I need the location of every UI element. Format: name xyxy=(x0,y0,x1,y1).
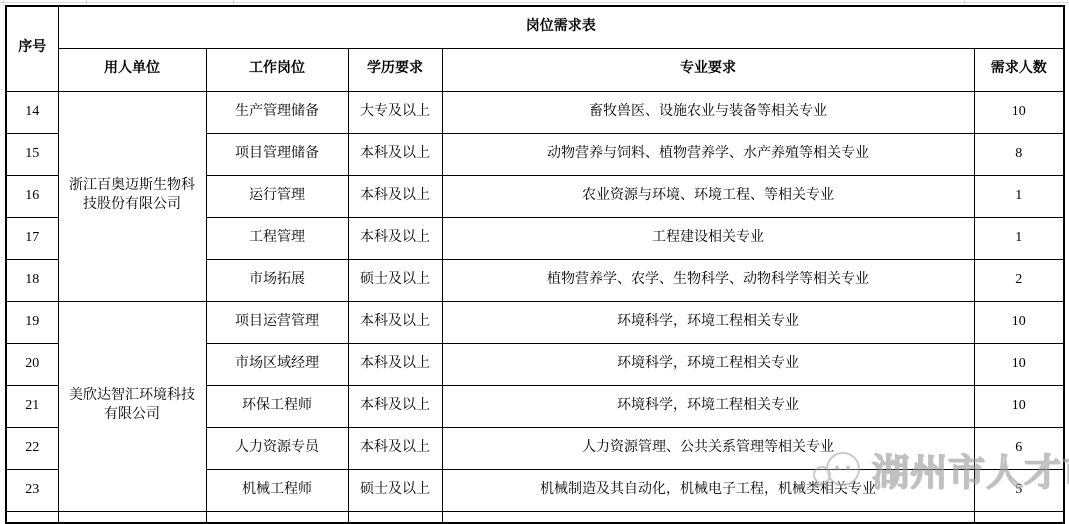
cell-position: 市场拓展 xyxy=(206,259,348,301)
table-row: 14 浙江百奥迈斯生物科技股份有限公司 生产管理储备 大专及以上 畜牧兽医、设施… xyxy=(6,91,1064,133)
cell-headcount: 5 xyxy=(974,469,1064,511)
cell-no: 20 xyxy=(6,343,58,385)
cell-education: 硕士及以上 xyxy=(348,259,442,301)
cell-education: 本科及以上 xyxy=(348,343,442,385)
cell-major: 植物营养学、农学、生物科学、动物科学等相关专业 xyxy=(442,259,974,301)
cell-no: 23 xyxy=(6,469,58,511)
cell-education: 本科及以上 xyxy=(348,133,442,175)
cell-education: 本科及以上 xyxy=(348,427,442,469)
cell-no: 19 xyxy=(6,301,58,343)
col-header-headcount: 需求人数 xyxy=(974,48,1064,91)
table-row-partial xyxy=(6,511,1064,518)
cell-position: 项目管理储备 xyxy=(206,133,348,175)
cell-headcount: 8 xyxy=(974,133,1064,175)
cell-major: 人力资源管理、公共关系管理等相关专业 xyxy=(442,427,974,469)
cell-headcount: 10 xyxy=(974,385,1064,427)
cell-no: 18 xyxy=(6,259,58,301)
cell-headcount: 1 xyxy=(974,217,1064,259)
cell-no: 14 xyxy=(6,91,58,133)
cell-education: 本科及以上 xyxy=(348,217,442,259)
cell-no: 21 xyxy=(6,385,58,427)
cell-position: 运行管理 xyxy=(206,175,348,217)
cell-headcount: 6 xyxy=(974,427,1064,469)
cell-major: 环境科学，环境工程相关专业 xyxy=(442,385,974,427)
cell-major: 机械制造及其自动化，机械电子工程，机械类相关专业 xyxy=(442,469,974,511)
job-requirements-table: 序号 岗位需求表 用人单位 工作岗位 学历要求 专业要求 需求人数 14 浙江百… xyxy=(5,5,1065,518)
cell-major: 工程建设相关专业 xyxy=(442,217,974,259)
table-title: 岗位需求表 xyxy=(58,6,1064,48)
cell-position: 市场区域经理 xyxy=(206,343,348,385)
col-header-major: 专业要求 xyxy=(442,48,974,91)
cell-position: 人力资源专员 xyxy=(206,427,348,469)
cell-headcount: 10 xyxy=(974,91,1064,133)
spreadsheet-gridline xyxy=(0,2,1069,3)
cell-no: 22 xyxy=(6,427,58,469)
cell-major: 农业资源与环境、环境工程、等相关专业 xyxy=(442,175,974,217)
cell-education: 本科及以上 xyxy=(348,385,442,427)
cell-position: 工程管理 xyxy=(206,217,348,259)
cell-headcount: 2 xyxy=(974,259,1064,301)
cell-position: 机械工程师 xyxy=(206,469,348,511)
spreadsheet-gridline xyxy=(3,0,4,5)
cell-major: 环境科学，环境工程相关专业 xyxy=(442,343,974,385)
cell-education: 大专及以上 xyxy=(348,91,442,133)
cell-position: 生产管理储备 xyxy=(206,91,348,133)
cell-headcount: 1 xyxy=(974,175,1064,217)
cell-position: 项目运营管理 xyxy=(206,301,348,343)
cell-no: 16 xyxy=(6,175,58,217)
cell-major: 畜牧兽医、设施农业与装备等相关专业 xyxy=(442,91,974,133)
cell-no: 15 xyxy=(6,133,58,175)
col-header-education: 学历要求 xyxy=(348,48,442,91)
cell-major: 环境科学，环境工程相关专业 xyxy=(442,301,974,343)
cell-education: 本科及以上 xyxy=(348,175,442,217)
col-header-position: 工作岗位 xyxy=(206,48,348,91)
col-header-employer: 用人单位 xyxy=(58,48,206,91)
cell-major: 动物营养与饲料、植物营养学、水产养殖等相关专业 xyxy=(442,133,974,175)
cell-education: 硕士及以上 xyxy=(348,469,442,511)
cell-no: 17 xyxy=(6,217,58,259)
cell-headcount: 10 xyxy=(974,301,1064,343)
cell-education: 本科及以上 xyxy=(348,301,442,343)
cell-headcount: 10 xyxy=(974,343,1064,385)
table-row: 19 美欣达智汇环境科技有限公司 项目运营管理 本科及以上 环境科学，环境工程相… xyxy=(6,301,1064,343)
cell-employer: 美欣达智汇环境科技有限公司 xyxy=(58,301,206,511)
col-header-no: 序号 xyxy=(6,6,58,91)
cell-employer: 浙江百奥迈斯生物科技股份有限公司 xyxy=(58,91,206,301)
cell-position: 环保工程师 xyxy=(206,385,348,427)
